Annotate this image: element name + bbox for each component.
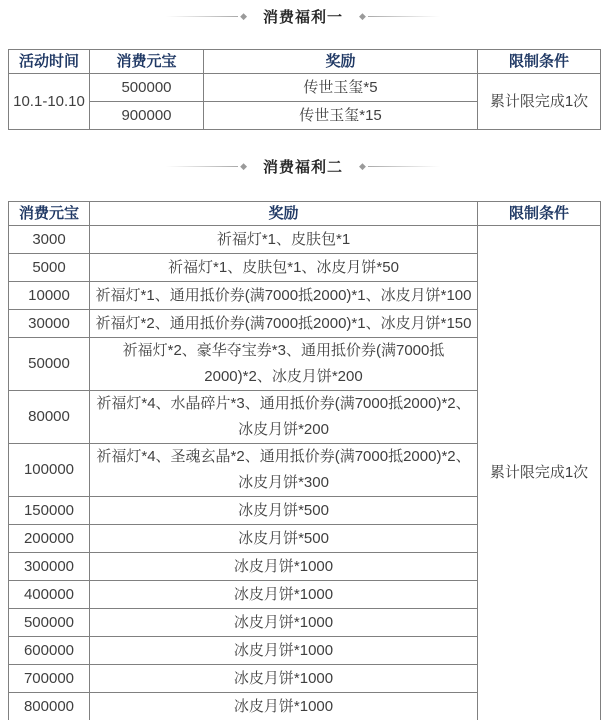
reward-cell: 传世玉玺*5 (204, 74, 478, 102)
header-limit: 限制条件 (478, 202, 601, 226)
yuanbao-cell: 500000 (90, 74, 204, 102)
reward-cell: 冰皮月饼*1000 (90, 665, 478, 693)
yuanbao-cell: 150000 (9, 497, 90, 525)
time-cell: 10.1-10.10 (9, 74, 90, 130)
header-activity-time: 活动时间 (9, 50, 90, 74)
title-decor-line (368, 166, 440, 167)
benefits1-table: 活动时间 消费元宝 奖励 限制条件 10.1-10.10 500000 传世玉玺… (8, 49, 601, 130)
yuanbao-cell: 5000 (9, 254, 90, 282)
reward-cell: 冰皮月饼*1000 (90, 637, 478, 665)
title-decor-line (166, 16, 238, 17)
diamond-icon: ◆ (240, 162, 247, 171)
yuanbao-cell: 10000 (9, 282, 90, 310)
yuanbao-cell: 700000 (9, 665, 90, 693)
reward-cell: 冰皮月饼*1000 (90, 553, 478, 581)
diamond-icon: ◆ (359, 12, 366, 21)
reward-cell: 冰皮月饼*1000 (90, 581, 478, 609)
header-row: 消费元宝 奖励 限制条件 (9, 202, 601, 226)
reward-cell: 祈福灯*1、皮肤包*1、冰皮月饼*50 (90, 254, 478, 282)
yuanbao-cell: 50000 (9, 338, 90, 391)
yuanbao-cell: 600000 (9, 637, 90, 665)
diamond-icon: ◆ (240, 12, 247, 21)
header-row: 活动时间 消费元宝 奖励 限制条件 (9, 50, 601, 74)
benefits2-table: 消费元宝 奖励 限制条件 3000祈福灯*1、皮肤包*1累计限完成1次5000祈… (8, 201, 601, 720)
header-limit: 限制条件 (478, 50, 601, 74)
yuanbao-cell: 800000 (9, 693, 90, 720)
yuanbao-cell: 500000 (9, 609, 90, 637)
reward-cell: 冰皮月饼*1000 (90, 693, 478, 720)
yuanbao-cell: 400000 (9, 581, 90, 609)
reward-cell: 祈福灯*4、圣魂玄晶*2、通用抵价券(满7000抵2000)*2、冰皮月饼*30… (90, 444, 478, 497)
header-reward: 奖励 (204, 50, 478, 74)
yuanbao-cell: 3000 (9, 226, 90, 254)
title-decor-line (368, 16, 440, 17)
section2-title: ◆ 消费福利二 ◆ (0, 157, 606, 175)
table-row: 10.1-10.10 500000 传世玉玺*5 累计限完成1次 (9, 74, 601, 102)
header-reward: 奖励 (90, 202, 478, 226)
yuanbao-cell: 300000 (9, 553, 90, 581)
header-yuanbao: 消费元宝 (9, 202, 90, 226)
reward-cell: 祈福灯*1、皮肤包*1 (90, 226, 478, 254)
yuanbao-cell: 80000 (9, 391, 90, 444)
diamond-icon: ◆ (359, 162, 366, 171)
reward-cell: 祈福灯*2、通用抵价券(满7000抵2000)*1、冰皮月饼*150 (90, 310, 478, 338)
reward-cell: 冰皮月饼*500 (90, 525, 478, 553)
header-yuanbao: 消费元宝 (90, 50, 204, 74)
reward-cell: 冰皮月饼*500 (90, 497, 478, 525)
reward-cell: 传世玉玺*15 (204, 102, 478, 130)
section2-title-text: 消费福利二 (263, 156, 343, 177)
yuanbao-cell: 30000 (9, 310, 90, 338)
yuanbao-cell: 900000 (90, 102, 204, 130)
reward-cell: 冰皮月饼*1000 (90, 609, 478, 637)
section1-title-text: 消费福利一 (263, 6, 343, 27)
limit-cell: 累计限完成1次 (478, 226, 601, 720)
table-row: 3000祈福灯*1、皮肤包*1累计限完成1次 (9, 226, 601, 254)
benefits2-table-body: 3000祈福灯*1、皮肤包*1累计限完成1次5000祈福灯*1、皮肤包*1、冰皮… (9, 226, 601, 720)
section1-title: ◆ 消费福利一 ◆ (0, 7, 606, 25)
yuanbao-cell: 200000 (9, 525, 90, 553)
reward-cell: 祈福灯*1、通用抵价券(满7000抵2000)*1、冰皮月饼*100 (90, 282, 478, 310)
title-decor-line (166, 166, 238, 167)
yuanbao-cell: 100000 (9, 444, 90, 497)
reward-cell: 祈福灯*4、水晶碎片*3、通用抵价券(满7000抵2000)*2、冰皮月饼*20… (90, 391, 478, 444)
limit-cell: 累计限完成1次 (478, 74, 601, 130)
reward-cell: 祈福灯*2、豪华夺宝券*3、通用抵价券(满7000抵2000)*2、冰皮月饼*2… (90, 338, 478, 391)
